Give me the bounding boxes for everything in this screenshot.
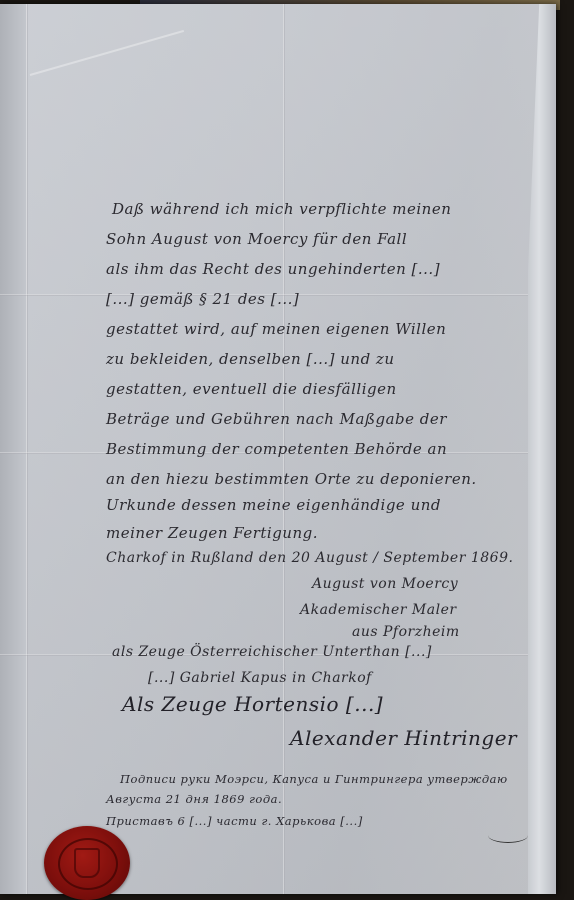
body-line: Sohn August von Moercy für den Fall <box>106 230 407 248</box>
flourish <box>488 828 528 843</box>
wax-seal <box>44 826 130 900</box>
witness-2-name: Alexander Hintringer <box>290 726 517 750</box>
body-line: zu bekleiden, denselben [...] und zu <box>106 350 395 368</box>
body-line: an den hiezu bestimmten Orte zu deponier… <box>106 470 477 488</box>
witness-2-line: Als Zeuge Hortensio [...] <box>122 692 383 716</box>
body-line: als ihm das Recht des ungehinderten [...… <box>106 260 440 278</box>
seal-emblem-icon <box>74 848 100 878</box>
body-line: gestatten, eventuell die diesfälligen <box>106 380 397 398</box>
body-line: gestattet wird, auf meinen eigenen Wille… <box>106 320 446 338</box>
signature-title: Akademischer Maler <box>300 602 457 618</box>
body-line: Beträge und Gebühren nach Maßgabe der <box>106 410 447 428</box>
paper-edge-fold <box>528 4 556 894</box>
russian-note-line: Приставъ 6 [...] части г. Харькова [...] <box>106 814 363 828</box>
signature-place: aus Pforzheim <box>352 624 460 640</box>
body-line: [...] gemäß § 21 des [...] <box>106 290 299 308</box>
russian-note-line: Подписи руки Моэрси, Капуса и Гинтрингер… <box>120 772 508 786</box>
body-line: Urkunde dessen meine eigenhändige und <box>106 496 441 514</box>
body-line: Bestimmung der competenten Behörde an <box>106 440 447 458</box>
signature-name: August von Moercy <box>312 576 458 592</box>
witness-1-line: als Zeuge Österreichischer Unterthan [..… <box>112 644 432 660</box>
document-paper: Daß während ich mich verpflichte meinen … <box>0 4 556 894</box>
paper-left-edge <box>0 4 26 894</box>
date-line: Charkof in Rußland den 20 August / Septe… <box>106 550 513 566</box>
body-line: meiner Zeugen Fertigung. <box>106 524 318 542</box>
body-line: Daß während ich mich verpflichte meinen <box>112 200 451 218</box>
crease <box>30 30 184 76</box>
witness-1-name: [...] Gabriel Kapus in Charkof <box>148 670 372 686</box>
fold-line <box>26 4 28 894</box>
russian-note-line: Августа 21 дня 1869 года. <box>106 792 282 806</box>
